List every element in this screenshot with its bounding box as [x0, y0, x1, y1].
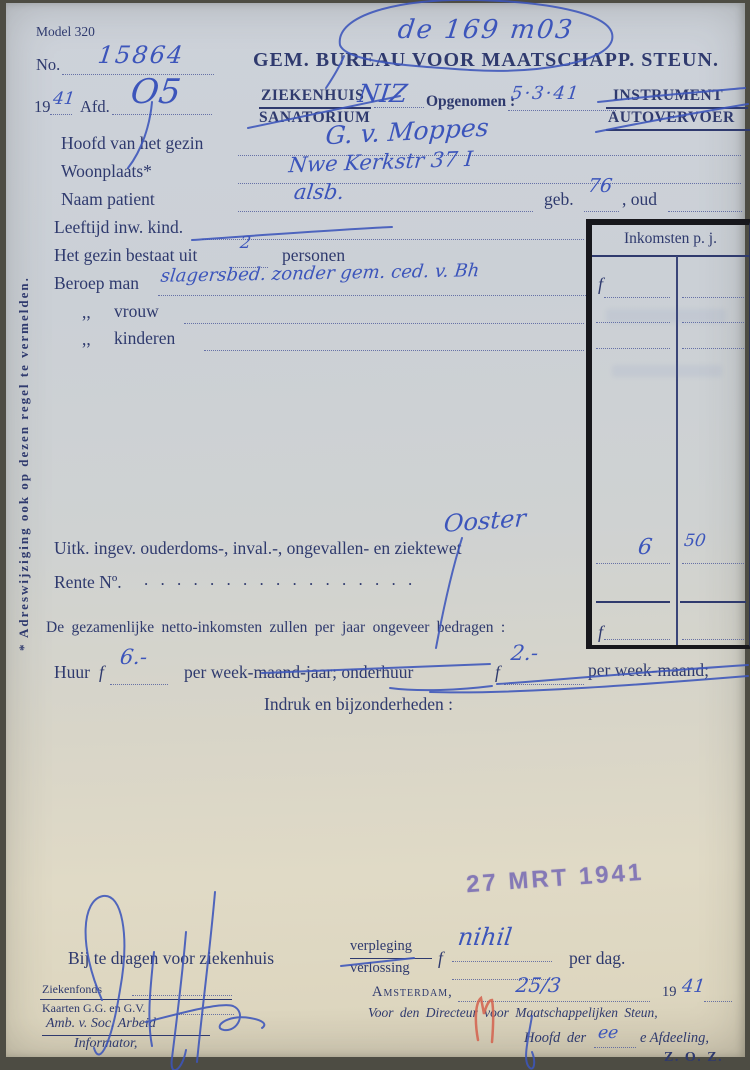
department-handwritten-value: ee	[597, 1025, 619, 1042]
born-label: geb.	[544, 190, 574, 208]
benefit-amount-guilders-handwritten: 6	[637, 537, 654, 559]
profession-wife-dotted-line	[184, 323, 584, 324]
rent-period-text: per week-maand-jaar; onderhuur	[184, 663, 413, 681]
income-table-header-rule	[592, 255, 749, 257]
guilder-sign-row1: f	[598, 275, 603, 294]
date-stamp: 27 MRT 1941	[465, 859, 645, 899]
income-row1-dots-r	[682, 297, 744, 298]
opgenomen-handwritten-date: 5·3·41	[510, 85, 581, 103]
footer-left-rule	[40, 999, 232, 1000]
income-total-dots-l	[604, 639, 670, 640]
informator-label: Informator,	[74, 1037, 137, 1052]
born-dotted-line	[584, 211, 619, 212]
nursing-label: verpleging	[350, 939, 412, 954]
income-total-rule-r	[680, 601, 746, 603]
benefit-acts-label: Uitk. ingev. ouderdoms-, inval.-, ongeva…	[54, 539, 462, 557]
contribution-label: Bij te dragen voor ziekenhuis	[68, 949, 274, 967]
benefit-handwritten-note: Ooster	[443, 506, 527, 536]
department-head-label: Hoofd der	[524, 1031, 586, 1046]
profession-wife-label: vrouw	[114, 302, 159, 320]
ink-bleedthrough	[606, 309, 726, 323]
head-of-family-handwritten-value: G. v. Moppes	[325, 115, 490, 148]
contribution-handwritten-value: nihil	[457, 925, 514, 949]
child-age-label: Leeftijd inw. kind.	[54, 218, 183, 236]
contribution-dotted-line-1	[452, 961, 552, 962]
ziekenhuis-label: ZIEKENHUIS	[261, 88, 364, 104]
afd-handwritten-value: O5	[129, 75, 183, 109]
child-age-dotted-line	[202, 239, 584, 240]
profession-man-dotted-line	[158, 295, 586, 296]
profession-man-handwritten-value: slagersbed. zonder gem. ced. v. Bh	[160, 262, 481, 286]
rent-dotted-line	[110, 684, 168, 685]
income-row3-dots-r	[682, 348, 744, 349]
ziekenhuis-handwritten-value: NIZ	[356, 81, 408, 106]
income-row1-dots-l	[604, 297, 670, 298]
cards-label: Kaarten G.G. en G.V.	[42, 1002, 145, 1015]
opgenomen-label: Opgenomen :	[426, 94, 515, 110]
autovervoer-underline	[606, 129, 750, 131]
sickfund-label: Ziekenfonds	[42, 983, 102, 996]
date-dotted-line	[458, 1001, 650, 1002]
income-total-rule-l	[596, 601, 670, 603]
sickfund-dotted-line	[132, 995, 232, 996]
per-week-month-text: per week-maand;	[588, 661, 709, 679]
delivery-struck-label: verlossing	[350, 961, 410, 976]
nursing-divider-rule	[350, 958, 432, 959]
benefit-amount-cents-handwritten: 50	[683, 533, 707, 550]
rent-label: Huur	[54, 663, 90, 681]
income-row4-dots-r	[682, 563, 744, 564]
ink-bleedthrough	[612, 365, 722, 377]
department-suffix-label: e Afdeeling,	[640, 1031, 709, 1046]
ditto-mark-children: ,,	[82, 330, 91, 348]
opgenomen-dotted-line	[508, 110, 616, 111]
director-line-label: Voor den Directeur voor Maatschappelijke…	[368, 1006, 658, 1020]
family-size-label: Het gezin bestaat uit	[54, 246, 197, 264]
profession-children-label: kinderen	[114, 329, 175, 347]
afd-label: Afd.	[80, 98, 110, 115]
rent-handwritten-value: 6.-	[119, 647, 149, 668]
footer-year-handwritten-value: 41	[681, 978, 706, 996]
persons-label: personen	[282, 246, 345, 264]
form-title: GEM. BUREAU VOOR MAATSCHAPP. STEUN.	[253, 50, 719, 71]
turn-over-label: Z. O. Z.	[664, 1051, 723, 1066]
pension-number-dot-leader: . . . . . . . . . . . . . . . . .	[144, 571, 416, 589]
contribution-guilder-sign: f	[438, 949, 443, 967]
income-row4-dots-l	[596, 563, 670, 564]
residence-handwritten-value: Nwe Kerkstr 37 I	[288, 149, 474, 176]
date-handwritten-value: 25/3	[515, 975, 562, 995]
residence-label: Woonplaats*	[61, 162, 152, 180]
patient-name-label: Naam patient	[61, 190, 155, 208]
ditto-mark-wife: ,,	[82, 303, 91, 321]
amsterdam-label: Amsterdam,	[372, 985, 453, 1000]
form-paper: Model 320 No. 15864 GEM. BUREAU VOOR MAA…	[6, 3, 745, 1057]
footer-year-dots	[704, 1001, 732, 1002]
age-dotted-line	[668, 211, 742, 212]
social-work-official-label: Amb. v. Soc. Arbeid	[46, 1017, 156, 1032]
month-year-struck-text: maand-jaar;	[253, 662, 337, 682]
rent-guilder-sign: f	[99, 663, 104, 681]
sublet-dotted-line	[504, 684, 584, 685]
profession-children-dotted-line	[204, 350, 584, 351]
per-week-text: per week-	[184, 662, 253, 682]
family-size-handwritten-value: 2	[239, 235, 252, 252]
afd-dotted-line	[112, 114, 212, 115]
sublet-handwritten-value: 2.-	[510, 643, 540, 664]
year-prefix: 19	[34, 98, 51, 115]
top-oval-handwritten-annotation: de 169 m03	[396, 17, 575, 43]
department-dotted-line	[594, 1047, 636, 1048]
autovervoer-label: AUTOVERVOER	[608, 110, 735, 126]
profession-man-label: Beroep man	[54, 274, 139, 292]
pension-number-label: Rente Nº.	[54, 573, 122, 591]
age-label: , oud	[622, 190, 657, 208]
instrument-label: INSTRUMENT	[613, 88, 723, 104]
model-number: Model 320	[36, 25, 95, 39]
sublet-label: onderhuur	[337, 662, 413, 682]
guilder-sign-total-row: f	[598, 623, 603, 642]
cards-dotted-line	[176, 1014, 234, 1015]
year-dotted-line	[50, 114, 72, 115]
income-table-header: Inkomsten p. j.	[592, 230, 749, 248]
sublet-guilder-sign: f	[495, 663, 500, 681]
patient-name-dotted-line	[238, 211, 533, 212]
patient-name-handwritten-value: alsb.	[293, 182, 346, 203]
income-row3-dots-l	[596, 348, 670, 349]
no-handwritten-value: 15864	[97, 43, 186, 67]
no-label: No.	[36, 56, 60, 73]
head-of-family-label: Hoofd van het gezin	[61, 134, 203, 152]
net-income-label: De gezamenlijke netto-inkomsten zullen p…	[46, 620, 505, 636]
address-change-side-note: * Adreswijziging ook op dezen regel te v…	[16, 171, 32, 651]
per-day-label: per dag.	[569, 949, 625, 967]
born-handwritten-value: 76	[587, 177, 614, 196]
year-handwritten-value: 41	[52, 91, 76, 108]
income-total-dots-r	[682, 639, 744, 640]
impression-particulars-label: Indruk en bijzonderheden :	[264, 695, 453, 713]
income-per-year-table: Inkomsten p. j. f 6 50 f	[586, 219, 750, 649]
footer-year-prefix: 19	[662, 985, 677, 1000]
